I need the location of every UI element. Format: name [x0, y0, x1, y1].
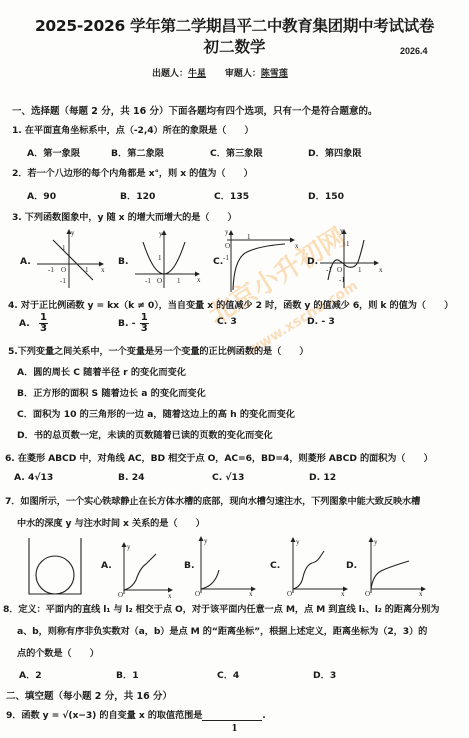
question-7-stem-line2: 中水的深度 y 与注水时间 x 关系的是（ ） [17, 515, 205, 529]
svg-text:1: 1 [177, 277, 181, 285]
svg-text:O: O [157, 277, 162, 285]
svg-text:-1: -1 [145, 277, 151, 285]
q3-option-a: A. [20, 256, 31, 267]
question-4-stem: 4. 对于正比例函数 y = kx（k ≠ 0），当自变量 x 的值减少 2 时… [8, 297, 453, 311]
reviewer-name: 陈雪莲 [261, 69, 288, 79]
svg-text:1: 1 [62, 244, 66, 252]
q4-option-b: B. - 13 [118, 313, 149, 334]
q5-option-c: C．面积为 10 的三角形的一边 a，随着这边上的高 h 的变化而变化 [17, 406, 295, 420]
svg-text:O: O [287, 590, 292, 598]
q2-option-a: A．90 [27, 188, 56, 202]
q5-option-a: A．圆的周长 C 随着半径 r 的变化而变化 [17, 364, 186, 378]
svg-text:-1: -1 [48, 266, 54, 274]
svg-text:-1: -1 [223, 254, 229, 262]
svg-text:O: O [118, 591, 123, 599]
q7-graph-a: yxO [118, 542, 174, 597]
svg-text:x: x [249, 590, 253, 598]
fraction-one-third: 13 [140, 313, 149, 334]
svg-text:1: 1 [358, 266, 362, 274]
svg-text:x: x [379, 266, 383, 274]
fraction-one-third: 13 [39, 313, 48, 334]
reviewer-label: 审题人： [225, 69, 261, 79]
svg-text:O: O [195, 590, 200, 598]
q1-option-d: D．第四象限 [308, 145, 362, 159]
question-6-stem: 6. 在菱形 ABCD 中，对角线 AC，BD 相交于点 O，AC=6，BD=4… [5, 450, 433, 464]
q8-option-b: B．1 [116, 667, 139, 681]
question-9: 9．函数 y = √(x−3) 的自变量 x 的取值范围是. [6, 707, 266, 721]
q4-option-d: D. - 3 [307, 316, 335, 327]
svg-text:-1: -1 [60, 277, 66, 285]
q7-option-a: A. [101, 560, 112, 571]
question-2-stem: 2．若一个八边形的每个内角都是 x°，则 x 的值为（ ） [12, 165, 253, 179]
setter-name: 牛星 [188, 69, 206, 79]
authors-line: 出题人：牛星 审题人：陈雪莲 [152, 66, 288, 79]
q7-graph-c: yxO [287, 537, 349, 596]
svg-text:O: O [337, 266, 342, 274]
q2-option-d: D．150 [308, 188, 344, 202]
q6-option-a: A. 4√13 [14, 472, 53, 483]
q7-option-c: C. [270, 560, 280, 571]
question-3-stem: 3. 下列函数图象中，y 随 x 的增大而增大的是（ ） [12, 209, 237, 223]
question-7-stem-line1: 7．如图所示，一个实心铁球静止在长方体水槽的底部，现向水槽匀速注水，下列图象中能… [5, 493, 420, 507]
svg-text:1: 1 [346, 240, 350, 248]
svg-text:y: y [127, 543, 131, 551]
exam-title: 2025-2026 学年第二学期昌平二中教育集团期中考试试卷 [0, 14, 469, 36]
q1-option-b: B．第二象限 [111, 145, 164, 159]
q4-option-a: A. 13 [19, 313, 48, 334]
question-5-stem: 5.下列变量之间关系中，一个变量是另一个变量的正比例函数的是（ ） [8, 343, 308, 357]
svg-text:1: 1 [158, 254, 162, 262]
question-8-stem-line2: a、b，则称有序非负实数对（a，b）是点 M 的“距离坐标”，根据上述定义，距离… [17, 623, 427, 637]
q7-graph-b: yxO [195, 536, 257, 596]
q1-option-a: A．第一象限 [27, 145, 80, 159]
svg-text:x: x [168, 592, 172, 600]
svg-text:-1: -1 [326, 266, 332, 274]
q8-option-d: D．3 [313, 667, 336, 681]
q6-option-d: D. 12 [309, 472, 336, 483]
svg-text:x: x [419, 590, 423, 598]
svg-text:1: 1 [247, 233, 251, 241]
q7-option-b: B. [184, 560, 195, 571]
svg-text:O: O [61, 266, 66, 274]
q3-graph-b: -1O1 yx 1 [133, 228, 203, 290]
section-2-heading: 二、填空题（每小题 2 分，共 16 分） [6, 688, 172, 702]
q8-option-a: A．2 [19, 667, 42, 681]
svg-text:x: x [341, 590, 345, 598]
svg-text:y: y [340, 227, 344, 235]
setter-label: 出题人： [152, 69, 188, 79]
svg-text:y: y [374, 538, 378, 546]
q3-graph-c: O1-1 yx [225, 230, 300, 292]
section-1-heading: 一、选择题（每题 2 分，共 16 分）下面各题均有四个选项，只有一个是符合题意… [12, 103, 378, 117]
svg-text:O: O [365, 590, 370, 598]
question-8-stem-line1: 8．定义：平面内的直线 l₁ 与 l₂ 相交于点 O，对于该平面内任意一点 M，… [3, 601, 439, 615]
q2-option-b: B．120 [120, 188, 155, 202]
svg-text:x: x [295, 242, 299, 250]
q3-option-b: B. [118, 256, 129, 267]
svg-text:y: y [159, 230, 163, 238]
q9-answer-blank[interactable] [202, 711, 262, 721]
svg-text:y: y [204, 537, 208, 545]
q6-option-c: C. √13 [212, 472, 244, 483]
svg-text:y: y [296, 538, 300, 546]
q6-option-b: B. 24 [118, 472, 144, 483]
q5-option-b: B．正方形的面积 S 随着边长 a 的变化而变化 [17, 385, 206, 399]
svg-text:O: O [225, 242, 230, 250]
svg-text:-1: -1 [339, 276, 345, 284]
question-1-stem: 1. 在平面直角坐标系中，点（-2,4）所在的象限是（ ） [12, 122, 253, 136]
q3-graph-d: -1O1 yx 1-1 [320, 228, 390, 290]
exam-date: 2026.4 [400, 46, 428, 56]
q3-option-d: D. [307, 256, 318, 267]
q2-option-c: C．135 [214, 188, 249, 202]
svg-text:1: 1 [85, 266, 89, 274]
exam-subtitle: 初二数学 [0, 35, 469, 57]
q5-option-d: D．书的总页数一定，未读的页数随着已读的页数的变化而变化 [17, 427, 273, 441]
q7-graph-d: yxO [365, 537, 427, 596]
svg-text:x: x [197, 276, 201, 284]
q8-option-c: C．4 [217, 667, 239, 681]
q3-option-c: C. [213, 256, 223, 267]
q1-option-c: C．第三象限 [210, 145, 263, 159]
page-number: 1 [0, 724, 469, 734]
svg-text:y: y [225, 228, 229, 236]
q4-option-c: C. 3 [217, 316, 237, 327]
q7-tank-with-ball-figure [28, 538, 84, 596]
q3-graph-a: -1O1 yx 1-1 [37, 228, 107, 290]
svg-text:y: y [71, 229, 75, 237]
svg-text:x: x [101, 266, 105, 274]
question-8-stem-line3: 点的个数是（ ） [17, 645, 99, 659]
